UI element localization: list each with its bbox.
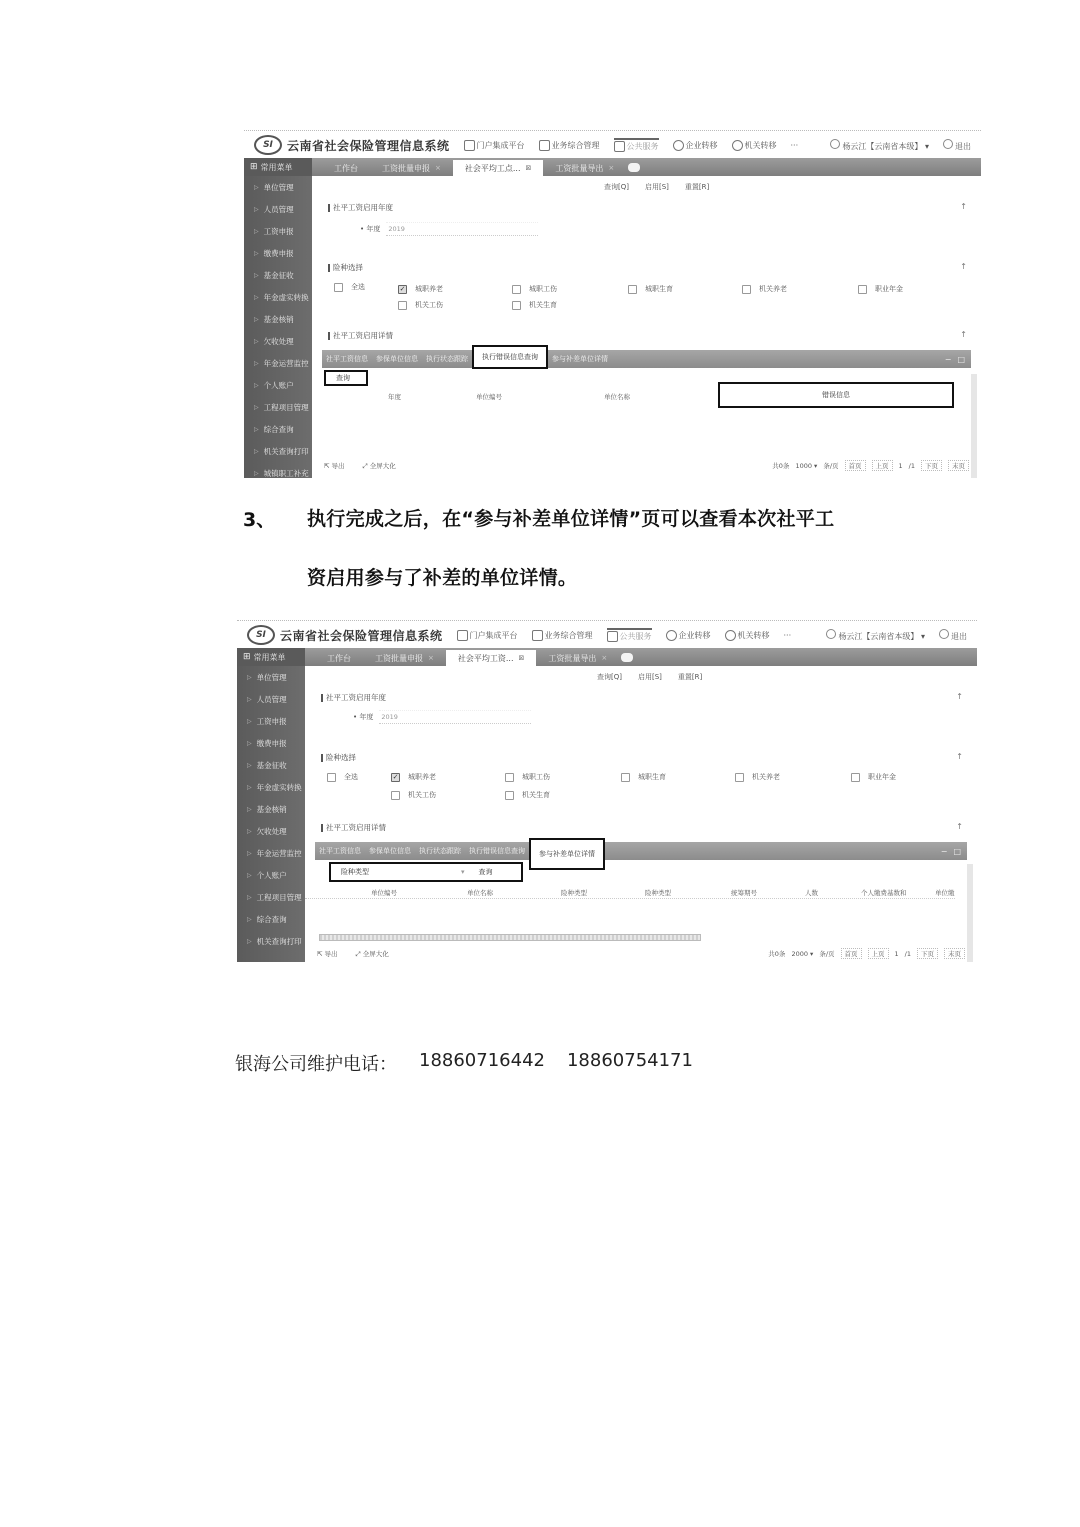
checkbox-occupational-annuity[interactable]: 职业年金 [858,284,903,294]
close-icon[interactable]: × [428,654,434,662]
triangle-right-icon: ▷ [254,426,259,433]
common-menu-header[interactable]: ⊞常用菜单 [237,648,305,666]
triangle-right-icon: ▷ [254,206,259,213]
checkbox-urban-maternity[interactable]: 城职生育 [628,284,673,294]
export-button[interactable]: ⇱ 导出 [324,461,345,471]
public-icon [607,631,618,642]
table-header: 单位编号 单位名称 险种类型 险种类型 统筹期号 人数 个人缴费基数和 单位缴 [305,888,955,899]
new-tab-button[interactable] [621,653,633,662]
fullscreen-button[interactable]: ⤢ 全屏大化 [356,949,389,959]
nav-public-service[interactable]: 公共服务 [607,628,652,642]
triangle-right-icon: ▷ [247,674,252,681]
triangle-right-icon: ▷ [254,272,259,279]
triangle-right-icon: ▷ [254,338,259,345]
sidebar-item[interactable]: ▷工资申报 [244,220,312,242]
nav-business[interactable]: 业务综合管理 [532,628,593,642]
logo: SI 云南省社会保险管理信息系统 [247,625,443,645]
col-unit-name: 单位名称 [467,888,493,897]
user-icon [830,139,840,149]
col-year: 年度 [388,392,401,401]
collapse-icon[interactable]: ↑ [960,262,967,271]
tab-bar: ⊞常用菜单 工作台 工资批量申报× 社会平均工资...⊠ 工资批量导出× [237,648,977,666]
new-tab-button[interactable] [628,163,640,172]
triangle-right-icon: ▷ [254,250,259,257]
col-error-info: 错误信息 [718,382,954,408]
tab-social-average-wage[interactable]: 社会平均工点...⊠ [453,160,544,176]
checkbox-urban-injury[interactable]: 城职工伤 [512,284,557,294]
checkbox-agency-maternity[interactable]: 机关生育 [512,300,557,310]
year-label: • 年度 [353,712,373,722]
horizontal-scrollbar[interactable] [319,934,701,941]
sidebar-item[interactable]: ▷工程项目管理 [237,886,305,908]
triangle-right-icon: ▷ [247,828,252,835]
nav-portal[interactable]: 门户集成平台 [464,138,525,152]
enable-action[interactable]: 启用[S] [645,182,669,192]
subtab-execution-status[interactable]: 执行状态跟踪 [415,842,465,860]
checkbox-urban-injury[interactable]: 城职工伤 [505,772,550,782]
triangle-right-icon: ▷ [247,806,252,813]
screenshot-compensation-units: SI 云南省社会保险管理信息系统 门户集成平台 业务综合管理 公共服务 企业转移… [237,620,977,962]
checkbox-select-all[interactable]: 全选 [327,772,358,782]
tab-workbench[interactable]: 工作台 [315,650,363,666]
triangle-right-icon: ▷ [254,382,259,389]
insurance-type-select[interactable]: 险种类型 [341,867,461,877]
user-area: 杨云江【云南省本级】 ▾ 退出 [826,621,967,649]
si-logo-icon: SI [254,135,282,155]
sidebar-item[interactable]: ▷年金虚实转换 [244,286,312,308]
phone-number: 18860754171 [567,1050,693,1076]
top-bar: SI 云南省社会保险管理信息系统 门户集成平台 业务综合管理 公共服务 企业转移… [244,130,981,159]
grid-icon: ⊞ [243,652,251,662]
top-nav: 门户集成平台 业务综合管理 公共服务 企业转移 机关转移 ··· [464,138,799,152]
sidebar: ▷单位管理 ▷人员管理 ▷工资申报 ▷缴费申报 ▷基金征收 ▷年金虚实转换 ▷基… [237,666,305,962]
minimize-icon[interactable]: − [945,355,952,364]
user-icon [826,629,836,639]
checkbox-urban-maternity[interactable]: 城职生育 [621,772,666,782]
main-content: 查询[Q] 启用[S] 重置[R] 社平工资启用年度 ↑ • 年度 2019 险… [305,666,977,962]
sidebar-item[interactable]: ▷基金核销 [237,798,305,820]
total-count: 共0条 [768,949,785,958]
subtab-wage-info[interactable]: 社平工资信息 [315,842,365,860]
sidebar-item[interactable]: ▷机关查询打印 [244,440,312,462]
table-footer: ⇱ 导出 ⤢ 全屏大化 共0条 1000 ▾ 条/页 首页 上页 1 /1 下页… [324,460,969,471]
pager: 共0条 1000 ▾ 条/页 首页 上页 1 /1 下页 末页 [772,460,969,471]
maximize-icon[interactable]: □ [953,847,961,856]
year-field: • 年度 2019 [360,222,538,236]
nav-public-service[interactable]: 公共服务 [614,138,659,152]
sidebar-item[interactable]: ▷机关查询打印 [237,930,305,952]
section-detail-title: 社平工资启用详情 [321,822,386,833]
triangle-right-icon: ▷ [247,762,252,769]
page-size-select[interactable]: 2000 ▾ [791,950,813,958]
col-unit-code: 单位编号 [371,888,397,897]
sidebar-item[interactable]: ▷缴费申报 [244,242,312,264]
query-action[interactable]: 查询[Q] [604,182,629,192]
pager: 共0条 2000 ▾ 条/页 首页 上页 1 /1 下页 末页 [768,948,965,959]
col-insurance-type-2: 险种类型 [645,888,671,897]
section-year-title: 社平工资启用年度 [321,692,386,703]
sidebar-item[interactable]: ▷个人账户 [244,374,312,396]
sidebar-item[interactable]: ▷年金运营监控 [244,352,312,374]
subtab-compensation-units[interactable]: 参与补差单位详情 [548,350,612,368]
portal-icon [464,140,475,151]
year-input[interactable]: 2019 [386,222,538,236]
section-detail-title: 社平工资启用详情 [328,330,393,341]
filter-bar: 险种类型 ▾ 查询 [329,862,523,882]
total-count: 共0条 [772,461,789,470]
vertical-scrollbar[interactable] [971,374,977,478]
fullscreen-button[interactable]: ⤢ 全屏大化 [363,461,396,471]
current-page-input[interactable]: 1 [899,462,903,470]
year-input[interactable]: 2019 [379,710,531,724]
top-nav: 门户集成平台 业务综合管理 公共服务 企业转移 机关转移 ··· [457,628,792,642]
panel-controls: −□ [941,847,961,856]
checkbox-agency-maternity[interactable]: 机关生育 [505,790,550,800]
query-button[interactable]: 查询 [479,867,493,877]
nav-more[interactable]: ··· [791,138,799,152]
triangle-right-icon: ▷ [254,470,259,477]
tab-workbench[interactable]: 工作台 [322,160,370,176]
checkbox-agency-injury[interactable]: 机关工伤 [391,790,436,800]
triangle-right-icon: ▷ [254,294,259,301]
col-personal-base-sum: 个人缴费基数和 [861,888,907,897]
close-icon[interactable]: ⊠ [526,164,532,172]
action-bar: 查询[Q] 启用[S] 重置[R] [604,182,709,192]
first-page-button[interactable]: 首页 [845,460,866,471]
close-icon[interactable]: × [435,164,441,172]
transfer-icon [725,630,736,641]
collapse-icon[interactable]: ↑ [956,692,963,701]
triangle-right-icon: ▷ [254,228,259,235]
system-title: 云南省社会保险管理信息系统 [287,137,450,154]
nav-portal[interactable]: 门户集成平台 [457,628,518,642]
logo: SI 云南省社会保险管理信息系统 [254,135,450,155]
user-menu[interactable]: 杨云江【云南省本级】 ▾ [830,139,929,152]
tab-wage-batch-declare[interactable]: 工资批量申报× [370,160,453,176]
portal-icon [457,630,468,641]
close-icon[interactable]: × [608,164,614,172]
triangle-right-icon: ▷ [247,740,252,747]
contact-label: 银海公司维护电话： [235,1050,397,1076]
query-action[interactable]: 查询[Q] [597,672,622,682]
support-contact: 银海公司维护电话： 18860716442 18860754171 [235,1050,693,1076]
sidebar-item[interactable]: ▷城镇职工补充 [244,462,312,478]
subtab-error-query[interactable]: 执行错误信息查询 [472,345,548,369]
triangle-right-icon: ▷ [247,916,252,923]
section-insurance-title: 险种选择 [328,262,363,273]
first-page-button[interactable]: 首页 [841,948,862,959]
sidebar-item[interactable]: ▷工资申报 [237,710,305,732]
nav-enterprise-transfer[interactable]: 企业转移 [666,628,711,642]
logout-button[interactable]: 退出 [943,139,971,152]
reset-action[interactable]: 重置[R] [678,672,702,682]
tab-wage-batch-export[interactable]: 工资批量导出× [543,160,626,176]
sidebar-item[interactable]: ▷缴费申报 [237,732,305,754]
col-headcount: 人数 [805,888,818,897]
prev-page-button[interactable]: 上页 [872,460,893,471]
logout-button[interactable]: 退出 [939,629,967,642]
col-unit-payment: 单位缴 [935,888,955,897]
year-field: • 年度 2019 [353,710,531,724]
subtab-execution-status[interactable]: 执行状态跟踪 [422,350,472,368]
nav-agency-transfer[interactable]: 机关转移 [732,138,777,152]
triangle-right-icon: ▷ [247,718,252,725]
triangle-right-icon: ▷ [247,894,252,901]
tab-wage-batch-export[interactable]: 工资批量导出× [536,650,619,666]
phone-number: 18860716442 [419,1050,545,1076]
public-icon [614,141,625,152]
triangle-right-icon: ▷ [254,184,259,191]
minimize-icon[interactable]: − [941,847,948,856]
detail-sub-tabs: 社平工资信息 参保单位信息 执行状态跟踪 执行错误信息查询 参与补差单位详情 −… [315,842,967,860]
triangle-right-icon: ▷ [247,696,252,703]
tab-bar: ⊞常用菜单 工作台 工资批量申报× 社会平均工点...⊠ 工资批量导出× [244,158,981,176]
collapse-icon[interactable]: ↑ [956,752,963,761]
sidebar-item[interactable]: ▷个人账户 [237,864,305,886]
transfer-icon [673,140,684,151]
user-menu[interactable]: 杨云江【云南省本级】 ▾ [826,629,925,642]
chevron-down-icon[interactable]: ▾ [461,868,465,876]
checkbox-agency-pension[interactable]: 机关养老 [735,772,780,782]
section-year-title: 社平工资启用年度 [328,202,393,213]
section-insurance-title: 险种选择 [321,752,356,763]
next-page-button[interactable]: 下页 [917,948,938,959]
col-insurance-type: 险种类型 [561,888,587,897]
grid-icon: ⊞ [250,162,258,172]
power-icon [939,629,949,639]
triangle-right-icon: ▷ [247,784,252,791]
year-label: • 年度 [360,224,380,234]
col-unit-name: 单位名称 [604,392,630,401]
reset-action[interactable]: 重置[R] [685,182,709,192]
prev-page-button[interactable]: 上页 [868,948,889,959]
action-bar: 查询[Q] 启用[S] 重置[R] [597,672,702,682]
power-icon [943,139,953,149]
nav-business[interactable]: 业务综合管理 [539,138,600,152]
triangle-right-icon: ▷ [254,360,259,367]
sidebar-item[interactable]: ▷综合查询 [244,418,312,440]
next-page-button[interactable]: 下页 [921,460,942,471]
business-icon [532,630,543,641]
table-footer: ⇱ 导出 ⤢ 全屏大化 共0条 2000 ▾ 条/页 首页 上页 1 /1 下页… [317,948,965,959]
col-unit-code: 单位编号 [476,392,502,401]
triangle-right-icon: ▷ [247,872,252,879]
checkbox-agency-injury[interactable]: 机关工伤 [398,300,443,310]
current-page-input[interactable]: 1 [895,950,899,958]
nav-enterprise-transfer[interactable]: 企业转移 [673,138,718,152]
business-icon [539,140,550,151]
step-instruction: 执行完成之后，在“参与补差单位详情”页可以查看本次社平工 资启用参与了补差的单位… [307,490,927,608]
subtab-error-query[interactable]: 执行错误信息查询 [465,842,529,860]
query-button[interactable]: 查询 [324,370,368,386]
maximize-icon[interactable]: □ [957,355,965,364]
sidebar-item[interactable]: ▷单位管理 [244,176,312,198]
tab-social-average-wage[interactable]: 社会平均工资...⊠ [446,650,537,666]
transfer-icon [732,140,743,151]
vertical-scrollbar[interactable] [967,864,973,962]
top-bar: SI 云南省社会保险管理信息系统 门户集成平台 业务综合管理 公共服务 企业转移… [237,620,977,649]
main-content: 查询[Q] 启用[S] 重置[R] 社平工资启用年度 ↑ • 年度 2019 险… [312,176,981,478]
si-logo-icon: SI [247,625,275,645]
sidebar-item[interactable]: ▷基金核销 [244,308,312,330]
collapse-icon[interactable]: ↑ [960,330,967,339]
enable-action[interactable]: 启用[S] [638,672,662,682]
triangle-right-icon: ▷ [254,448,259,455]
sidebar-item[interactable]: ▷基金征收 [237,754,305,776]
triangle-right-icon: ▷ [247,850,252,857]
subtab-insured-units[interactable]: 参保单位信息 [365,842,415,860]
step-number: 3、 [243,505,275,532]
sidebar-item[interactable]: ▷人员管理 [244,198,312,220]
sidebar-item[interactable]: ▷单位管理 [237,666,305,688]
sidebar-item[interactable]: ▷年金运营监控 [237,842,305,864]
last-page-button[interactable]: 末页 [944,948,965,959]
sidebar-item[interactable]: ▷综合查询 [237,908,305,930]
step-line-1: 执行完成之后，在“参与补差单位详情”页可以查看本次社平工 [307,490,927,549]
subtab-compensation-units[interactable]: 参与补差单位详情 [529,838,605,870]
checkbox-urban-pension[interactable]: ✓城职养老 [391,772,436,782]
checkbox-urban-pension[interactable]: ✓城职养老 [398,284,443,294]
sidebar-item[interactable]: ▷欠收处理 [244,330,312,352]
sidebar-item[interactable]: ▷基金征收 [244,264,312,286]
last-page-button[interactable]: 末页 [948,460,969,471]
triangle-right-icon: ▷ [254,316,259,323]
tab-wage-batch-declare[interactable]: 工资批量申报× [363,650,446,666]
triangle-right-icon: ▷ [254,404,259,411]
sidebar-item[interactable]: ▷工程项目管理 [244,396,312,418]
collapse-icon[interactable]: ↑ [960,202,967,211]
sidebar-item[interactable]: ▷人员管理 [237,688,305,710]
nav-more[interactable]: ··· [784,628,792,642]
sidebar-item[interactable]: ▷年金虚实转换 [237,776,305,798]
page-size-select[interactable]: 1000 ▾ [795,462,817,470]
user-area: 杨云江【云南省本级】 ▾ 退出 [830,131,971,159]
screenshot-error-query: SI 云南省社会保险管理信息系统 门户集成平台 业务综合管理 公共服务 企业转移… [244,130,981,478]
detail-sub-tabs: 社平工资信息 参保单位信息 执行状态跟踪 执行错误信息查询 参与补差单位详情 −… [322,350,971,368]
close-icon[interactable]: ⊠ [519,654,525,662]
common-menu-header[interactable]: ⊞常用菜单 [244,158,312,176]
checkbox-select-all[interactable]: 全选 [334,282,365,292]
collapse-icon[interactable]: ↑ [956,822,963,831]
nav-agency-transfer[interactable]: 机关转移 [725,628,770,642]
panel-controls: −□ [945,355,965,364]
subtab-wage-info[interactable]: 社平工资信息 [322,350,372,368]
triangle-right-icon: ▷ [247,938,252,945]
col-period: 统筹期号 [731,888,757,897]
checkbox-agency-pension[interactable]: 机关养老 [742,284,787,294]
sidebar-item[interactable]: ▷欠收处理 [237,820,305,842]
export-button[interactable]: ⇱ 导出 [317,949,338,959]
step-line-2: 资启用参与了补差的单位详情。 [307,549,927,608]
checkbox-occupational-annuity[interactable]: 职业年金 [851,772,896,782]
transfer-icon [666,630,677,641]
system-title: 云南省社会保险管理信息系统 [280,627,443,644]
close-icon[interactable]: × [601,654,607,662]
subtab-insured-units[interactable]: 参保单位信息 [372,350,422,368]
sidebar: ▷单位管理 ▷人员管理 ▷工资申报 ▷缴费申报 ▷基金征收 ▷年金虚实转换 ▷基… [244,176,312,478]
